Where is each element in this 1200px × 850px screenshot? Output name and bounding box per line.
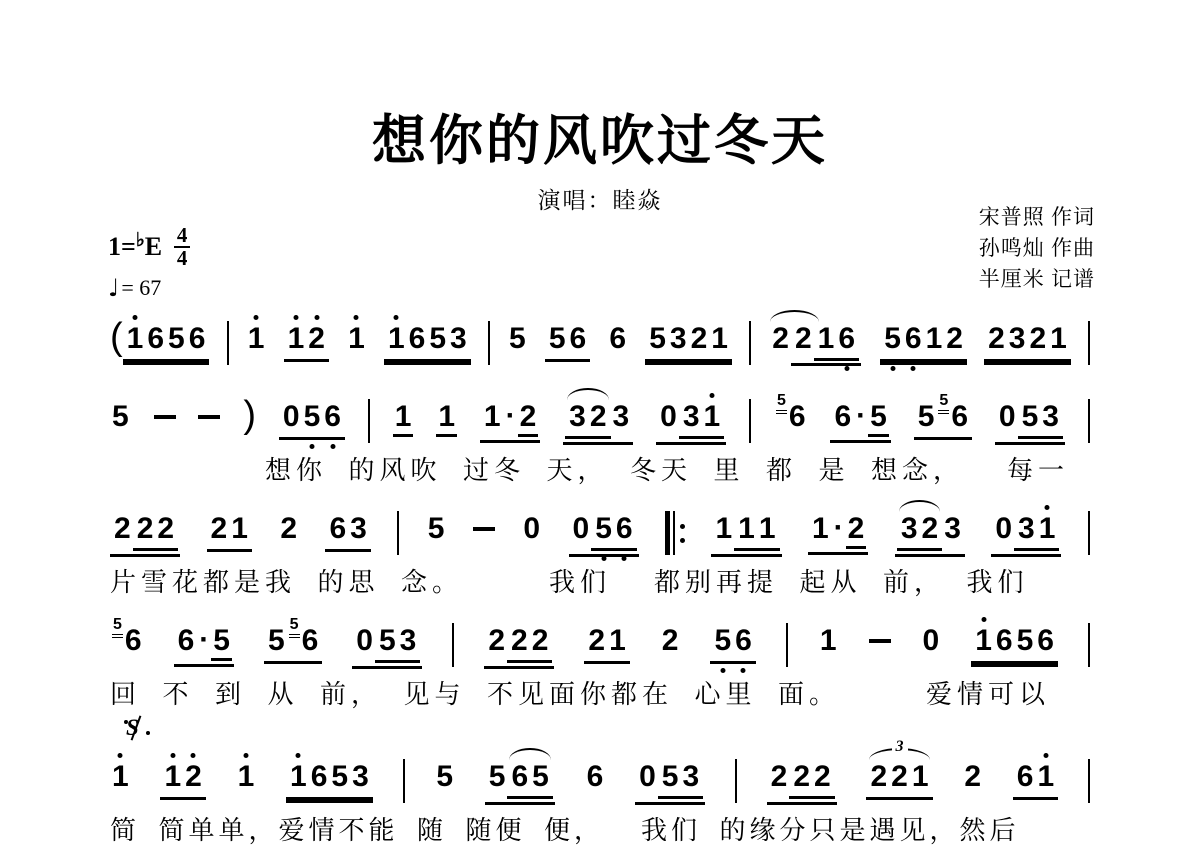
note: 2	[868, 762, 889, 794]
beam-group: 1656	[123, 324, 210, 362]
beam-group: 65	[507, 762, 552, 799]
note-digit: 6	[838, 324, 855, 354]
note-digit: 6	[996, 626, 1013, 656]
note-digit: 2	[795, 324, 812, 354]
note: 56	[936, 402, 970, 434]
note-digit: 6	[511, 762, 528, 792]
note-digit: 2	[891, 762, 908, 792]
note: 3	[681, 402, 702, 434]
note: 6	[836, 324, 857, 356]
beam-group: 1656	[971, 626, 1058, 664]
note: 2	[530, 626, 551, 658]
rest-note: 0	[993, 514, 1014, 546]
note-digit: 6	[311, 762, 328, 792]
composer-credit: 孙鸣灿 作曲	[979, 233, 1095, 264]
beam-group: 12	[284, 324, 329, 362]
repeat-dot	[680, 538, 685, 543]
barline	[368, 399, 370, 443]
note-digit: 6	[125, 626, 142, 656]
note-digit: 1	[484, 402, 501, 432]
note: 5	[868, 402, 889, 437]
note: 1	[910, 762, 931, 794]
barline	[735, 759, 737, 803]
note-digit: 1	[609, 626, 626, 656]
note-digit: 3	[1042, 402, 1059, 432]
note: 2	[306, 324, 327, 356]
lyricist-role: 作词	[1051, 205, 1095, 229]
note: 6	[568, 324, 589, 356]
note-digit: 1	[820, 626, 837, 656]
octave-dot-high	[254, 315, 259, 320]
octave-dot-high	[314, 315, 319, 320]
song-title: 想你的风吹过冬天	[0, 98, 1200, 175]
note: 1	[818, 626, 839, 658]
note-digit: 5	[1022, 402, 1039, 432]
note: 3	[942, 514, 963, 546]
note: 1	[436, 402, 457, 437]
notation-line: 22221263500561111·2323031	[110, 496, 1090, 566]
note-digit: 5	[268, 626, 285, 656]
note-digit: 6	[587, 762, 604, 792]
slur-arc	[770, 310, 819, 322]
note: 1	[757, 514, 778, 546]
octave-dot-low	[890, 366, 895, 371]
octave-dot-low	[622, 556, 627, 561]
note-digit: 5	[168, 324, 185, 354]
note: 2	[155, 514, 176, 546]
notation-line: 5)056111·2323031566·5556053	[110, 384, 1090, 454]
note-digit: 1	[127, 324, 144, 354]
note-digit: 5	[870, 402, 887, 432]
beam-group: 53	[375, 626, 420, 663]
note: 3	[611, 402, 632, 434]
barline	[403, 759, 405, 803]
note-digit: 3	[352, 762, 369, 792]
note-digit: 2	[488, 626, 505, 656]
note-digit: 0	[283, 402, 300, 432]
note-digit: 1	[975, 626, 992, 656]
duration-dash	[154, 415, 176, 419]
note: 1	[288, 762, 309, 794]
octave-dot-low	[844, 366, 849, 371]
note-digit: 1	[1037, 762, 1054, 792]
note: 2	[793, 324, 814, 356]
note: 6	[309, 762, 330, 794]
note-digit: 6	[1017, 762, 1034, 792]
note-digit: 6	[189, 324, 206, 354]
note-digit: 0	[999, 402, 1016, 432]
octave-dot-high	[170, 753, 175, 758]
beam-group: 5612	[880, 324, 967, 362]
rest-note: 0	[571, 514, 592, 546]
note-digit: 0	[995, 514, 1012, 544]
note: 1	[702, 402, 723, 434]
note: 1	[246, 324, 267, 356]
beam-group: 11	[734, 514, 779, 551]
beam-group: 056	[279, 402, 345, 440]
notation-line: 11211653556560532223221261	[110, 744, 1090, 814]
beam-group: 556	[264, 626, 322, 664]
note: 5	[329, 762, 350, 794]
beam-group: 222	[767, 762, 837, 805]
note: 5	[530, 762, 551, 794]
note-digit: 1	[704, 402, 721, 432]
note: 1	[162, 762, 183, 794]
augmentation-dot: ·	[506, 402, 516, 430]
barline	[488, 321, 490, 365]
note: 5	[1015, 626, 1036, 658]
note-digit: 6	[789, 402, 806, 432]
note-digit: 5	[918, 402, 935, 432]
key-tempo-block: 1=♭E 4 4 ♩= 67	[108, 226, 190, 302]
note: 2	[518, 402, 539, 437]
note-digit: 2	[772, 324, 789, 354]
beam-group: 1653	[286, 762, 373, 800]
note: 2	[278, 514, 299, 546]
beam-group: 2321	[984, 324, 1071, 362]
note: 5	[593, 514, 614, 546]
beam-group: 1·2	[480, 402, 540, 443]
rest-note: 0	[658, 402, 679, 434]
note-digit: 0	[660, 402, 677, 432]
lyrics-line: 片雪花都是我 的思 念。 我们 都别再提 起从 前， 我们	[110, 566, 1090, 602]
beam-group: 5321	[645, 324, 732, 362]
segno-row: S	[126, 716, 1090, 738]
beam-group: 1·2	[808, 514, 868, 555]
note: 1·	[482, 402, 518, 434]
note-digit: 1	[438, 402, 455, 432]
performer-label: 演唱：	[538, 188, 613, 213]
beam-group: 22	[133, 514, 178, 551]
note-digit: 5	[532, 762, 549, 792]
note: 2	[660, 626, 681, 658]
barline	[1088, 511, 1090, 555]
note: 3	[899, 514, 920, 546]
rest-note: 0	[637, 762, 658, 794]
note-digit: 2	[520, 402, 537, 432]
note-digit: 2	[1029, 324, 1046, 354]
credits-block: 宋普照 作词 孙鸣灿 作曲 半厘米 记谱	[979, 202, 1095, 295]
key-signature: 1=♭E 4 4	[108, 226, 190, 268]
note: 2	[962, 762, 983, 794]
note: 5	[882, 324, 903, 356]
note: 1	[1035, 762, 1056, 794]
note: 2	[112, 514, 133, 546]
octave-dot-high	[394, 315, 399, 320]
note: 1	[229, 514, 250, 546]
note-digit: 2	[588, 626, 605, 656]
note-digit: 5	[112, 402, 129, 432]
note-digit: 6	[1037, 626, 1054, 656]
segno-icon: S	[126, 716, 146, 740]
notation-line: 566·555605322221256101656	[110, 608, 1090, 678]
note-digit: 1	[759, 514, 776, 544]
note: 2	[944, 324, 965, 356]
beam-group: 16	[814, 324, 859, 361]
note-digit: 6	[570, 324, 587, 354]
note-digit: 3	[682, 762, 699, 792]
composer-name: 孙鸣灿	[979, 236, 1045, 260]
beam-group: 53	[1018, 402, 1063, 439]
beam-group: 1653	[384, 324, 471, 362]
flat-icon: ♭	[136, 229, 145, 252]
grace-note: 5	[938, 393, 949, 414]
tempo-marking: ♩= 67	[108, 274, 190, 302]
note: 6·	[832, 402, 868, 434]
barline	[1088, 321, 1090, 365]
note: 2	[1027, 324, 1048, 356]
note-digit: 2	[964, 762, 981, 792]
barline	[749, 399, 751, 443]
rest-note: 0	[921, 626, 942, 658]
note-digit: 2	[157, 514, 174, 544]
note-digit: 1	[818, 324, 835, 354]
note-digit: 2	[848, 514, 865, 544]
note: 6	[407, 324, 428, 356]
note: 3	[398, 626, 419, 658]
note: 1	[286, 324, 307, 356]
note: 5	[916, 402, 937, 434]
octave-dot-high	[243, 753, 248, 758]
note-digit: 6	[409, 324, 426, 354]
note: 5	[427, 324, 448, 356]
note-digit: 6	[302, 626, 319, 656]
note: 56	[110, 626, 144, 658]
note-digit: 5	[595, 514, 612, 544]
note-digit: 2	[946, 324, 963, 354]
tempo-bpm: 67	[139, 275, 161, 301]
note: 5	[166, 324, 187, 356]
slur-arc	[509, 748, 551, 760]
performer-name: 睦焱	[613, 188, 663, 213]
note-digit: 5	[429, 324, 446, 354]
note: 1	[346, 324, 367, 356]
note-digit: 3	[670, 324, 687, 354]
barline	[1088, 399, 1090, 443]
note-digit: 2	[988, 324, 1005, 354]
note: 2	[209, 514, 230, 546]
note: 6	[327, 514, 348, 546]
beam-group: 323	[563, 402, 633, 445]
beam-group: 031	[991, 514, 1061, 557]
note-digit: 5	[436, 762, 453, 792]
music-area: (165611211653556653212216561223215)05611…	[110, 306, 1090, 850]
note: 5	[1020, 402, 1041, 434]
transcriber-credit: 半厘米 记谱	[979, 264, 1095, 295]
note: 1·	[810, 514, 846, 546]
note: 5	[426, 514, 447, 546]
note-digit: 3	[569, 402, 586, 432]
barline	[786, 623, 788, 667]
grace-note: 5	[289, 617, 300, 638]
time-signature: 4 4	[174, 226, 190, 268]
beam-group: 22	[507, 626, 552, 663]
note-digit: 2	[922, 514, 939, 544]
note-digit: 1	[288, 324, 305, 354]
note: 1	[709, 324, 730, 356]
note-digit: 1	[812, 514, 829, 544]
note: 2	[135, 514, 156, 546]
note-digit: 2	[185, 762, 202, 792]
note-digit: 6	[178, 626, 195, 656]
beam-group: 216	[791, 324, 861, 366]
barline	[1088, 623, 1090, 667]
note: 6	[322, 402, 343, 434]
composer-role: 作曲	[1051, 236, 1095, 260]
augmentation-dot: ·	[834, 514, 844, 542]
note-digit: 1	[248, 324, 265, 354]
rest-note: 0	[281, 402, 302, 434]
beam-group: 3221	[866, 762, 932, 800]
note: 1	[973, 626, 994, 658]
augmentation-dot: ·	[856, 402, 866, 430]
key-prefix: 1=	[108, 232, 136, 262]
beam-group: 31	[1014, 514, 1059, 551]
rest-note: 0	[997, 402, 1018, 434]
octave-dot-high	[1045, 505, 1050, 510]
note: 5	[712, 626, 733, 658]
note-digit: 2	[511, 626, 528, 656]
note-digit: 2	[308, 324, 325, 354]
rest-note: 0	[354, 626, 375, 658]
note-digit: 5	[662, 762, 679, 792]
note: 5	[647, 324, 668, 356]
note-digit: 6	[951, 402, 968, 432]
note: 2	[812, 762, 833, 794]
beam-group: 222	[110, 514, 180, 557]
note: 1	[607, 626, 628, 658]
note: 6	[1015, 762, 1036, 794]
octave-dot-high	[354, 315, 359, 320]
beam-group: 63	[325, 514, 370, 552]
note-digit: 2	[814, 762, 831, 792]
segno-dot	[124, 720, 128, 724]
note-digit: 6	[324, 402, 341, 432]
note: 5	[211, 626, 232, 661]
octave-dot-low	[741, 668, 746, 673]
note-digit: 1	[238, 762, 255, 792]
parenthesis: )	[243, 398, 256, 432]
beam-group: 053	[635, 762, 705, 805]
note-digit: 5	[884, 324, 901, 354]
note: 6	[585, 762, 606, 794]
note-digit: 2	[532, 626, 549, 656]
note-digit: 2	[691, 324, 708, 354]
note-digit: 0	[923, 626, 940, 656]
beam-group: 2216	[768, 324, 863, 366]
note: 1	[236, 762, 257, 794]
paren-cluster: (1656	[110, 324, 209, 362]
note-digit: 5	[1017, 626, 1034, 656]
note: 1	[1048, 324, 1069, 356]
note: 5	[660, 762, 681, 794]
note: 6	[1035, 626, 1056, 658]
note-digit: 5	[304, 402, 321, 432]
note: 6	[733, 626, 754, 658]
note: 2	[509, 626, 530, 658]
slur-arc	[567, 388, 609, 400]
lyrics-line: 简 简单单，爱情不能 随 随便 便， 我们 的缘分只是遇见，然后	[110, 814, 1090, 850]
note-digit: 1	[395, 402, 412, 432]
beam-group: 323	[895, 514, 965, 557]
beam-group: 556	[914, 402, 972, 440]
note: 1	[110, 762, 131, 794]
note-digit: 1	[231, 514, 248, 544]
tuplet-number: 3	[892, 738, 908, 756]
note: 2	[588, 402, 609, 434]
note: 1	[393, 402, 414, 437]
note: 5	[507, 324, 528, 356]
note: 2	[846, 514, 867, 549]
note: 3	[1007, 324, 1028, 356]
time-denominator: 4	[177, 249, 188, 268]
notation-line: (16561121165355665321221656122321	[110, 306, 1090, 376]
octave-dot-low	[911, 366, 916, 371]
rest-note: 0	[521, 514, 542, 546]
octave-dot-high	[133, 315, 138, 320]
note: 6	[509, 762, 530, 794]
beam-group: 565	[485, 762, 555, 805]
octave-dot-high	[191, 753, 196, 758]
note-digit: 6	[616, 514, 633, 544]
note: 5	[377, 626, 398, 658]
note-digit: 5	[489, 762, 506, 792]
note-digit: 3	[1018, 514, 1035, 544]
note-digit: 1	[711, 324, 728, 354]
note-digit: 0	[523, 514, 540, 544]
note-digit: 2	[793, 762, 810, 792]
note: 3	[680, 762, 701, 794]
note: 2	[586, 626, 607, 658]
note-digit: 0	[573, 514, 590, 544]
note-digit: 3	[350, 514, 367, 544]
note-digit: 2	[114, 514, 131, 544]
barline	[452, 623, 454, 667]
note-digit: 1	[1050, 324, 1067, 354]
sheet-music-page: 想你的风吹过冬天 演唱：睦焱 宋普照 作词 孙鸣灿 作曲 半厘米 记谱 1=♭E…	[0, 0, 1200, 850]
note-digit: 2	[662, 626, 679, 656]
note: 5	[302, 402, 323, 434]
note: 6	[145, 324, 166, 356]
beam-group: 56	[591, 514, 636, 551]
note: 1	[713, 514, 734, 546]
note: 2	[920, 514, 941, 546]
note: 2	[889, 762, 910, 794]
octave-dot-high	[118, 753, 123, 758]
duration-dash	[473, 527, 495, 531]
note: 1	[924, 324, 945, 356]
octave-dot-low	[720, 668, 725, 673]
tempo-equals: =	[121, 275, 133, 301]
note: 5	[110, 402, 131, 434]
beam-group: 22	[789, 762, 834, 799]
note-digit: 1	[926, 324, 943, 354]
note: 2	[769, 762, 790, 794]
repeat-start-sign	[665, 511, 685, 555]
beam-group: 21	[584, 626, 629, 664]
repeat-thick-bar	[665, 511, 670, 555]
note: 2	[791, 762, 812, 794]
note: 56	[287, 626, 321, 658]
note-digit: 6	[147, 324, 164, 354]
note-digit: 5	[549, 324, 566, 354]
note: 1	[736, 514, 757, 546]
note-digit: 5	[213, 626, 230, 656]
note: 5	[547, 324, 568, 356]
lyrics-line: 想你 的风吹 过冬 天， 冬天 里 都 是 想念， 每一	[265, 454, 1090, 490]
note-digit: 6	[329, 514, 346, 544]
beam-group: 031	[656, 402, 726, 445]
